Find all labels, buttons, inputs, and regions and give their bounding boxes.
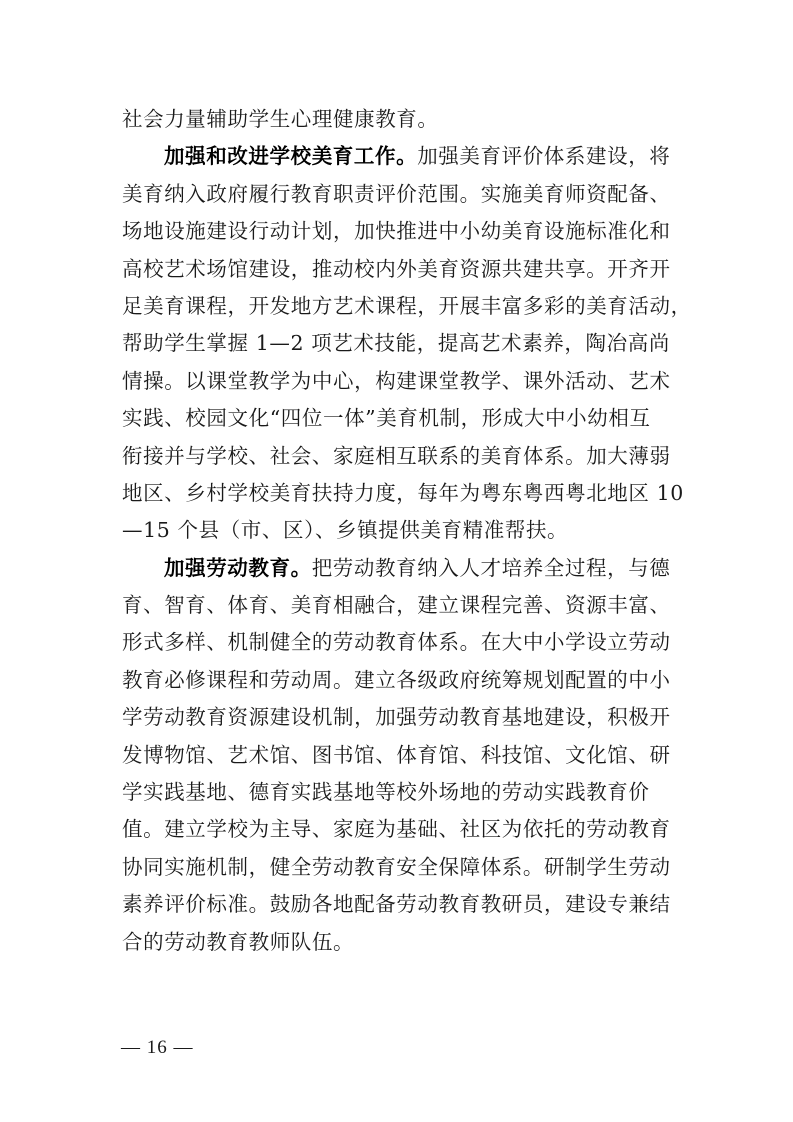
text-line: 地区、乡村学校美育扶持力度，每年为粤东粤西粤北地区 10 (122, 475, 682, 512)
text-line: 美育纳入政府履行教育职责评价范围。实施美育师资配备、 (122, 176, 682, 213)
text-line: —15 个县（市、区）、乡镇提供美育精准帮扶。 (122, 512, 682, 549)
paragraph-first-line: 加强劳动教育。把劳动教育纳入人才培养全过程，与德 (122, 550, 682, 587)
paragraph-heading-aesthetic-education: 加强和改进学校美育工作。 (164, 144, 417, 168)
text-line: 帮助学生掌握 1—2 项艺术技能，提高艺术素养，陶冶高尚 (122, 325, 682, 362)
text-line: 情操。以课堂教学为中心，构建课堂教学、课外活动、艺术 (122, 363, 682, 400)
text-line: 合的劳动教育教师队伍。 (122, 924, 682, 961)
text-line: 学劳动教育资源建设机制，加强劳动教育基地建设，积极开 (122, 699, 682, 736)
text-line: 场地设施建设行动计划，加快推进中小幼美育设施标准化和 (122, 213, 682, 250)
paragraph-heading-labor-education: 加强劳动教育。 (164, 556, 312, 580)
text-line: 社会力量辅助学生心理健康教育。 (122, 101, 682, 138)
body-text: 社会力量辅助学生心理健康教育。 加强和改进学校美育工作。加强美育评价体系建设，将… (122, 101, 682, 961)
text-run: 把劳动教育纳入人才培养全过程，与德 (312, 556, 671, 580)
document-page: 社会力量辅助学生心理健康教育。 加强和改进学校美育工作。加强美育评价体系建设，将… (0, 0, 793, 1122)
text-line: 值。建立学校为主导、家庭为基础、社区为依托的劳动教育 (122, 811, 682, 848)
text-line: 素养评价标准。鼓励各地配备劳动教育教研员，建设专兼结 (122, 886, 682, 923)
page-number: — 16 — (121, 1037, 194, 1059)
text-run: 加强美育评价体系建设，将 (417, 144, 670, 168)
text-line: 实践、校园文化“四位一体”美育机制，形成大中小幼相互 (122, 400, 682, 437)
text-line: 教育必修课程和劳动周。建立各级政府统筹规划配置的中小 (122, 662, 682, 699)
text-line: 发博物馆、艺术馆、图书馆、体育馆、科技馆、文化馆、研 (122, 737, 682, 774)
text-line: 高校艺术场馆建设，推动校内外美育资源共建共享。开齐开 (122, 251, 682, 288)
text-line: 协同实施机制，健全劳动教育安全保障体系。研制学生劳动 (122, 849, 682, 886)
text-line: 学实践基地、德育实践基地等校外场地的劳动实践教育价 (122, 774, 682, 811)
text-line: 育、智育、体育、美育相融合，建立课程完善、资源丰富、 (122, 587, 682, 624)
paragraph-first-line: 加强和改进学校美育工作。加强美育评价体系建设，将 (122, 138, 682, 175)
text-line: 足美育课程，开发地方艺术课程，开展丰富多彩的美育活动， (122, 288, 682, 325)
text-line: 衔接并与学校、社会、家庭相互联系的美育体系。加大薄弱 (122, 438, 682, 475)
text-line: 形式多样、机制健全的劳动教育体系。在大中小学设立劳动 (122, 624, 682, 661)
